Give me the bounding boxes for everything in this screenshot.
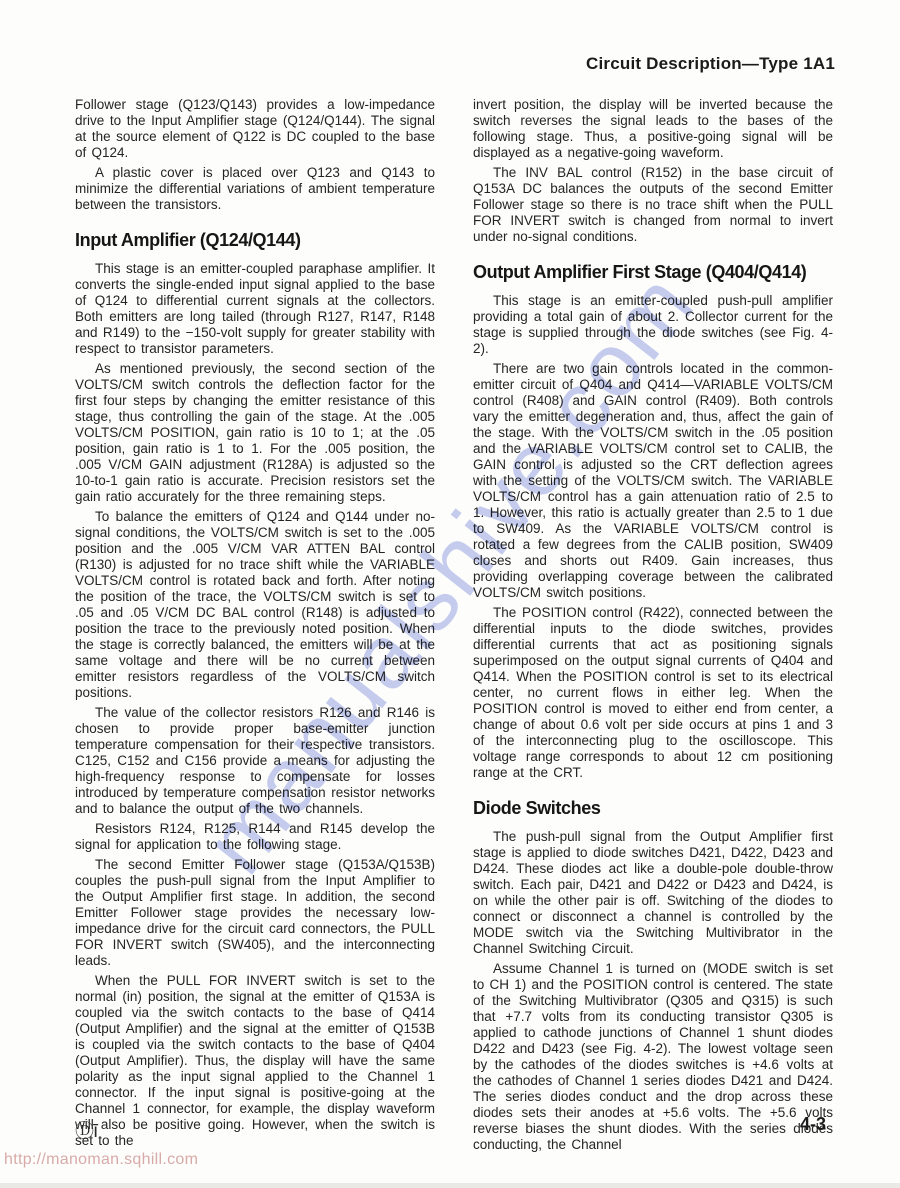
section-heading: Diode Switches bbox=[473, 797, 833, 819]
paragraph: The INV BAL control (R152) in the base c… bbox=[473, 165, 833, 245]
paragraph: There are two gain controls located in t… bbox=[473, 361, 833, 601]
manual-page: Circuit Description—Type 1A1 Follower st… bbox=[0, 0, 900, 1188]
section-heading: Output Amplifier First Stage (Q404/Q414) bbox=[473, 261, 833, 283]
section-heading: Input Amplifier (Q124/Q144) bbox=[75, 229, 435, 251]
publisher-mark: Ⓓī bbox=[75, 1116, 97, 1143]
paragraph: When the PULL FOR INVERT switch is set t… bbox=[75, 973, 435, 1149]
paragraph: invert position, the display will be inv… bbox=[473, 97, 833, 161]
paragraph: The POSITION control (R422), connected b… bbox=[473, 605, 833, 781]
paragraph: This stage is an emitter-coupled parapha… bbox=[75, 261, 435, 357]
paragraph: As mentioned previously, the second sect… bbox=[75, 361, 435, 505]
paragraph: The value of the collector resistors R12… bbox=[75, 705, 435, 817]
paragraph: Assume Channel 1 is turned on (MODE swit… bbox=[473, 961, 833, 1153]
paragraph: This stage is an emitter-coupled push-pu… bbox=[473, 293, 833, 357]
paragraph: Follower stage (Q123/Q143) provides a lo… bbox=[75, 97, 435, 161]
paragraph: A plastic cover is placed over Q123 and … bbox=[75, 165, 435, 213]
left-column: Follower stage (Q123/Q143) provides a lo… bbox=[75, 97, 435, 1153]
paragraph: The push-pull signal from the Output Amp… bbox=[473, 829, 833, 957]
page-number: 4-3 bbox=[800, 1114, 826, 1135]
right-column: invert position, the display will be inv… bbox=[473, 97, 833, 1157]
paragraph: The second Emitter Follower stage (Q153A… bbox=[75, 857, 435, 969]
footer-url: http://manoman.sqhill.com bbox=[4, 1151, 198, 1169]
paragraph: To balance the emitters of Q124 and Q144… bbox=[75, 509, 435, 701]
paragraph: Resistors R124, R125, R144 and R145 deve… bbox=[75, 821, 435, 853]
running-header: Circuit Description—Type 1A1 bbox=[473, 54, 835, 74]
